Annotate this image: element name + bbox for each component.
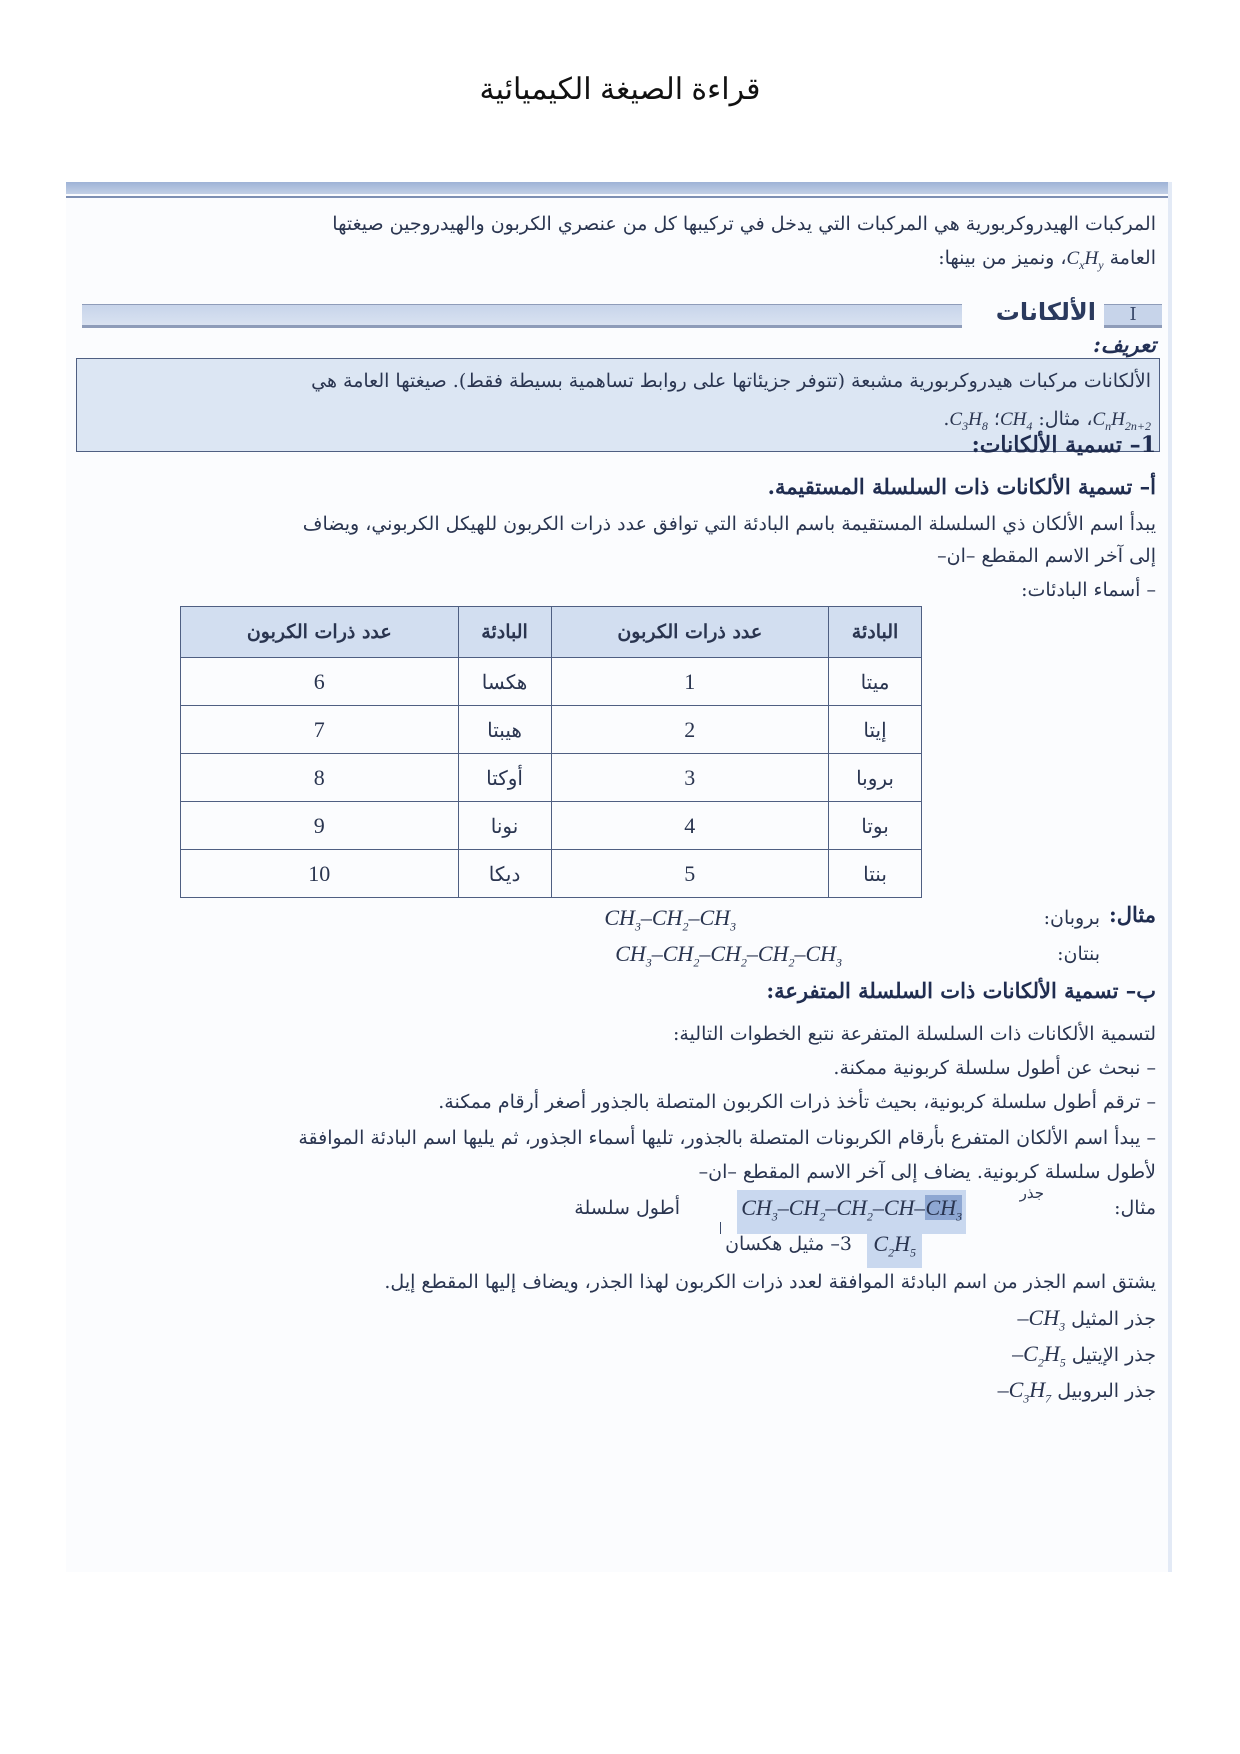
radical-formula: –C3H7 xyxy=(998,1377,1052,1402)
cell: بنتا xyxy=(829,850,922,898)
pentane-label: بنتان: xyxy=(1057,938,1100,970)
cell: هكسا xyxy=(458,658,551,706)
branch-bond xyxy=(720,1222,721,1234)
radical-formula: –CH3 xyxy=(1018,1305,1066,1330)
table-row: بنتا 5 ديكا 10 xyxy=(181,850,922,898)
page-edge xyxy=(1168,182,1172,1572)
branched-intro: لتسمية الألكانات ذات السلسلة المتفرعة نت… xyxy=(673,1018,1156,1050)
example-label-a: مثال: xyxy=(1109,902,1156,927)
table-row: بروبا 3 أوكتا 8 xyxy=(181,754,922,802)
col-carbon-count: عدد ذرات الكربون xyxy=(551,607,829,658)
cell: أوكتا xyxy=(458,754,551,802)
prefixes-label: – أسماء البادئات: xyxy=(1021,574,1156,606)
radical-methyl: جذر المثيل –CH3 xyxy=(1018,1302,1156,1342)
cell: بروبا xyxy=(829,754,922,802)
longest-chain-label: أطول سلسلة xyxy=(574,1192,680,1224)
intro-label: العامة xyxy=(1110,247,1156,269)
top-divider xyxy=(66,196,1172,198)
cell: 4 xyxy=(551,802,829,850)
radical-propyl: جذر البروبيل –C3H7 xyxy=(998,1374,1156,1414)
step-3: – يبدأ اسم الألكان المتفرع بأرقام الكربو… xyxy=(298,1122,1156,1154)
cell: هيبتا xyxy=(458,706,551,754)
cell: بوتا xyxy=(829,802,922,850)
propane-label: بروبان: xyxy=(1044,902,1100,934)
general-formula: CnH2n+2 xyxy=(1092,409,1151,430)
radical-label: جذر xyxy=(1020,1184,1044,1202)
cell: 6 xyxy=(181,658,459,706)
straight-chain-line-1: يبدأ اسم الألكان ذي السلسلة المستقيمة با… xyxy=(303,508,1156,540)
compound-name: 3– مثيل هكسان xyxy=(725,1228,852,1260)
section-header-alkanes: I الألكانات xyxy=(82,300,1162,330)
col-prefix: البادئة xyxy=(829,607,922,658)
col-carbon-count: عدد ذرات الكربون xyxy=(181,607,459,658)
intro-line-2: العامة CxHy، ونميز من بينها: xyxy=(938,242,1156,281)
col-prefix: البادئة xyxy=(458,607,551,658)
cell: نونا xyxy=(458,802,551,850)
naming-heading: 1– تسمية الألكانات: xyxy=(972,432,1156,458)
cell: 8 xyxy=(181,754,459,802)
table-header-row: البادئة عدد ذرات الكربون البادئة عدد ذرا… xyxy=(181,607,922,658)
prefix-table: البادئة عدد ذرات الكربون البادئة عدد ذرا… xyxy=(180,606,922,898)
branched-example-label: مثال: xyxy=(1114,1192,1156,1224)
propane-formula: CH3–CH2–CH3 xyxy=(604,902,736,942)
cell: 1 xyxy=(551,658,829,706)
page-title: قراءة الصيغة الكيميائية xyxy=(0,72,1240,107)
example-label: ، مثال: xyxy=(1038,408,1092,430)
formula-cxhy: CxHy xyxy=(1066,248,1103,269)
chain-part: CH3–CH2–CH2–CH– xyxy=(741,1195,925,1220)
cell: ديكا xyxy=(458,850,551,898)
cell: 10 xyxy=(181,850,459,898)
radical-ch3: CH3 xyxy=(925,1195,962,1220)
branched-chain-heading: ب– تسمية الألكانات ذات السلسلة المتفرعة: xyxy=(766,978,1156,1003)
radical-ethyl: جذر الإيتيل –C2H5 xyxy=(1012,1338,1156,1378)
straight-chain-heading: أ– تسمية الألكانات ذات السلسلة المستقيمة… xyxy=(768,474,1156,499)
intro-line-1: المركبات الهيدروكربورية هي المركبات التي… xyxy=(332,208,1156,240)
intro-rest: ، ونميز من بينها: xyxy=(938,247,1066,269)
radical-formula: –C2H5 xyxy=(1012,1341,1066,1366)
table-row: ميتا 1 هكسا 6 xyxy=(181,658,922,706)
branch-c2h5: C2H5 xyxy=(867,1228,922,1268)
pentane-formula: CH3–CH2–CH2–CH2–CH3 xyxy=(615,938,842,978)
definition-label: تعريف: xyxy=(1093,332,1156,357)
definition-line-1: الألكانات مركبات هيدروكربورية مشبعة (تتو… xyxy=(311,365,1151,397)
cell: 2 xyxy=(551,706,829,754)
example-c3h8: C3H8 xyxy=(949,409,987,430)
cell: 9 xyxy=(181,802,459,850)
straight-chain-line-2: إلى آخر الاسم المقطع –ان– xyxy=(937,540,1156,572)
section-bar xyxy=(82,304,962,328)
textbook-scan: المركبات الهيدروكربورية هي المركبات التي… xyxy=(66,182,1172,1572)
table-row: بوتا 4 نونا 9 xyxy=(181,802,922,850)
cell: 3 xyxy=(551,754,829,802)
step-1: – نبحث عن أطول سلسلة كربونية ممكنة. xyxy=(833,1052,1156,1084)
section-number: I xyxy=(1104,304,1162,328)
step-3-cont: لأطول سلسلة كربونية. يضاف إلى آخر الاسم … xyxy=(699,1156,1156,1188)
radical-rule: يشتق اسم الجذر من اسم البادئة الموافقة ل… xyxy=(384,1266,1156,1298)
step-2: – ترقم أطول سلسلة كربونية، بحيث تأخذ ذرا… xyxy=(438,1086,1156,1118)
radical-name: جذر المثيل xyxy=(1071,1308,1156,1330)
section-title: الألكانات xyxy=(996,298,1096,326)
example-ch4: CH4 xyxy=(1000,409,1032,430)
cell: 5 xyxy=(551,850,829,898)
table-row: إيتا 2 هيبتا 7 xyxy=(181,706,922,754)
radical-name: جذر البروبيل xyxy=(1057,1380,1156,1402)
cell: إيتا xyxy=(829,706,922,754)
radical-name: جذر الإيتيل xyxy=(1072,1344,1156,1366)
cell: ميتا xyxy=(829,658,922,706)
top-decorative-band xyxy=(66,182,1172,194)
cell: 7 xyxy=(181,706,459,754)
